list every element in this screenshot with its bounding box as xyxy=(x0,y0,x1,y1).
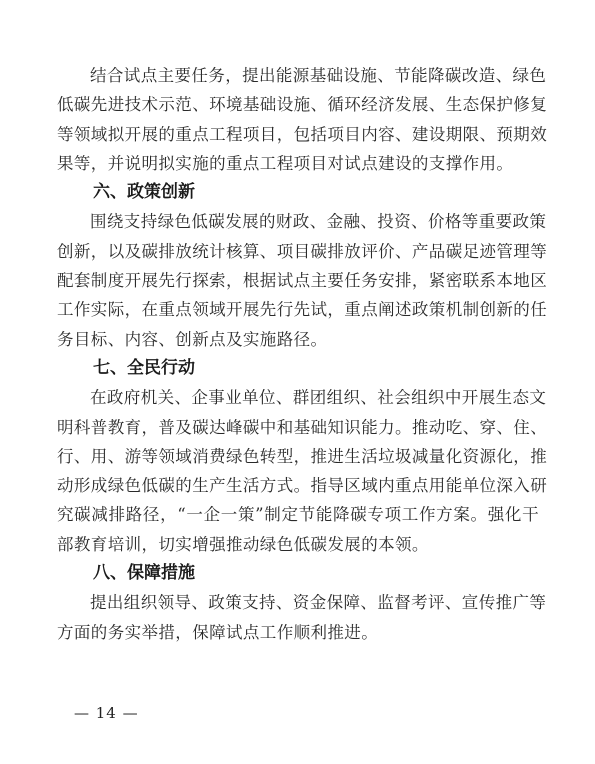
paragraph-line: 部教育培训，切实增强推动绿色低碳发展的本领。 xyxy=(57,530,539,559)
section-heading-safeguard-measures: 八、保障措施 xyxy=(57,559,539,588)
paragraph-line: 究碳减排路径，“一企一策”制定节能降碳专项工作方案。强化干 xyxy=(57,500,539,529)
paragraph-line: 工作实际，在重点领域开展先行先试，重点阐述政策机制创新的任 xyxy=(57,295,539,324)
document-body: 结合试点主要任务，提出能源基础设施、节能降碳改造、绿色 低碳先进技术示范、环境基… xyxy=(57,61,539,647)
paragraph-line: 在政府机关、企事业单位、群团组织、社会组织中开展生态文 xyxy=(57,383,539,412)
paragraph-line: 结合试点主要任务，提出能源基础设施、节能降碳改造、绿色 xyxy=(57,61,539,90)
paragraph-line: 提出组织领导、政策支持、资金保障、监督考评、宣传推广等 xyxy=(57,588,539,617)
paragraph-line: 围绕支持绿色低碳发展的财政、金融、投资、价格等重要政策 xyxy=(57,207,539,236)
document-page: 结合试点主要任务，提出能源基础设施、节能降碳改造、绿色 低碳先进技术示范、环境基… xyxy=(0,0,595,764)
paragraph-line: 务目标、内容、创新点及实施路径。 xyxy=(57,325,539,354)
paragraph-line: 配套制度开展先行探索，根据试点主要任务安排，紧密联系本地区 xyxy=(57,266,539,295)
paragraph-line: 行、用、游等领域消费绿色转型，推进生活垃圾减量化资源化，推 xyxy=(57,442,539,471)
paragraph-line: 低碳先进技术示范、环境基础设施、循环经济发展、生态保护修复 xyxy=(57,90,539,119)
section-heading-public-action: 七、全民行动 xyxy=(57,354,539,383)
paragraph-line: 果等，并说明拟实施的重点工程项目对试点建设的支撑作用。 xyxy=(57,149,539,178)
section-heading-policy-innovation: 六、政策创新 xyxy=(57,178,539,207)
paragraph-line: 方面的务实举措，保障试点工作顺利推进。 xyxy=(57,618,539,647)
paragraph-line: 等领域拟开展的重点工程项目，包括项目内容、建设期限、预期效 xyxy=(57,120,539,149)
paragraph-line: 动形成绿色低碳的生产生活方式。指导区域内重点用能单位深入研 xyxy=(57,471,539,500)
paragraph-line: 创新，以及碳排放统计核算、项目碳排放评价、产品碳足迹管理等 xyxy=(57,237,539,266)
page-number: — 14 — xyxy=(74,703,139,723)
paragraph-line: 明科普教育，普及碳达峰碳中和基础知识能力。推动吃、穿、住、 xyxy=(57,413,539,442)
